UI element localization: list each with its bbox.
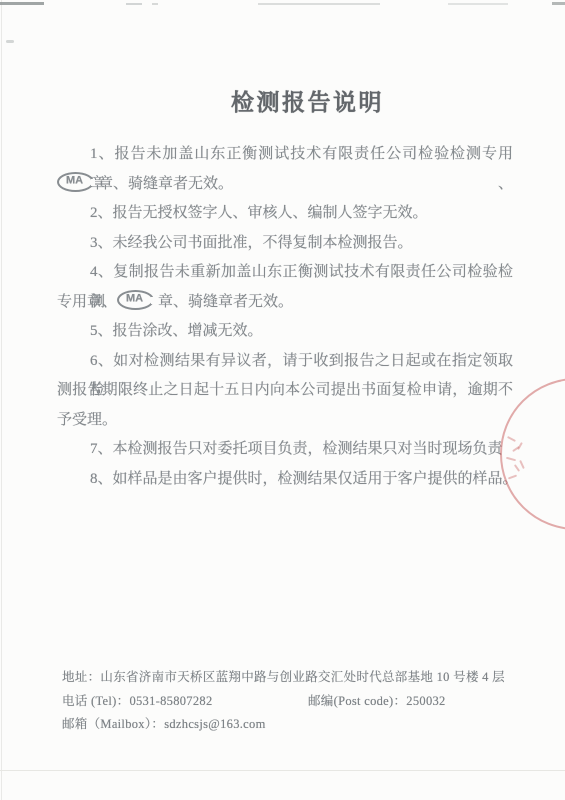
footer-tel-row: 电话 (Tel)：0531-85807282 邮编(Post code)：250… bbox=[62, 690, 512, 714]
report-lines: 1、报告未加盖山东正衡测试技术有限责任公司检验检测专用章、MA章、骑缝章者无效。… bbox=[57, 140, 513, 494]
report-line: 6、如对检测结果有异议者，请于收到报告之日起或在指定领取检 bbox=[57, 347, 513, 377]
report-line: 8、如样品是由客户提供时，检测结果仅适用于客户提供的样品。 bbox=[57, 465, 513, 495]
report-line-text: 测报告期限终止之日起十五日内向本公司提出书面复检申请，逾期不 bbox=[57, 382, 513, 398]
page-title: 检测报告说明 bbox=[231, 84, 384, 117]
footer-mailbox-label: 邮箱（Mailbox）： bbox=[62, 717, 164, 731]
report-line-text: 3、未经我公司书面批准，不得复制本检测报告。 bbox=[90, 235, 413, 251]
cma-certification-mark-icon: MA bbox=[117, 290, 154, 310]
scan-edge-left bbox=[1, 0, 2, 800]
report-line: 4、复制报告未重新加盖山东正衡测试技术有限责任公司检验检测 bbox=[57, 258, 513, 288]
cma-letters: MA bbox=[117, 284, 152, 314]
footer-mailbox-value: sdzhcsjs@163.com bbox=[164, 717, 265, 731]
footer-address: 地址：山东省济南市天桥区蓝翔中路与创业路交汇处时代总部基地 10 号楼 4 层 bbox=[62, 666, 512, 690]
footer-mailbox-row: 邮箱（Mailbox）：sdzhcsjs@163.com bbox=[62, 713, 512, 737]
report-line: 1、报告未加盖山东正衡测试技术有限责任公司检验检测专用章、 bbox=[57, 140, 513, 170]
report-line-text: 章、骑缝章者无效。 bbox=[158, 294, 293, 310]
scan-artifact-top-left bbox=[0, 2, 44, 5]
footer-postcode: 邮编(Post code)：250032 bbox=[308, 690, 446, 714]
footer-postcode-label: 邮编(Post code)： bbox=[308, 694, 406, 708]
footer-contact-block: 地址：山东省济南市天桥区蓝翔中路与创业路交汇处时代总部基地 10 号楼 4 层 … bbox=[62, 666, 512, 737]
report-line-text: 予受理。 bbox=[57, 412, 117, 428]
scan-artifact-top bbox=[448, 3, 508, 5]
cma-certification-mark-icon: MA bbox=[57, 172, 94, 192]
report-line: 测报告期限终止之日起十五日内向本公司提出书面复检申请，逾期不 bbox=[57, 376, 513, 406]
scan-artifact-top-right bbox=[552, 2, 565, 5]
cma-c-opening bbox=[151, 297, 155, 304]
cma-letters: MA bbox=[57, 166, 92, 196]
report-line: 5、报告涂改、增减无效。 bbox=[57, 317, 513, 347]
footer-tel-label: 电话 (Tel)： bbox=[62, 694, 129, 708]
scan-artifact-speck bbox=[6, 40, 14, 43]
report-line: 专用章、MA章、骑缝章者无效。 bbox=[57, 288, 513, 318]
cma-c-opening bbox=[91, 179, 95, 186]
report-line: 3、未经我公司书面批准，不得复制本检测报告。 bbox=[57, 229, 513, 259]
report-line: 2、报告无授权签字人、审核人、编制人签字无效。 bbox=[57, 199, 513, 229]
report-line-text: 7、本检测报告只对委托项目负责，检测结果只对当时现场负责 bbox=[90, 441, 503, 457]
report-line-text: 2、报告无授权签字人、审核人、编制人签字无效。 bbox=[90, 205, 428, 221]
report-line: 予受理。 bbox=[57, 406, 513, 436]
scan-artifact-top bbox=[258, 3, 380, 5]
scan-artifact-top bbox=[126, 3, 142, 5]
scan-artifact-top bbox=[152, 3, 158, 5]
report-line: 7、本检测报告只对委托项目负责，检测结果只对当时现场负责 bbox=[57, 435, 513, 465]
report-line-text: 8、如样品是由客户提供时，检测结果仅适用于客户提供的样品。 bbox=[90, 471, 518, 487]
report-line-text: 章、骑缝章者无效。 bbox=[98, 176, 233, 192]
scan-fold-line bbox=[0, 770, 565, 771]
report-line-text: 5、报告涂改、增减无效。 bbox=[90, 323, 263, 339]
report-line-text: 专用章、 bbox=[57, 294, 117, 310]
footer-tel-value: 0531-85807282 bbox=[129, 694, 212, 708]
footer-postcode-value: 250032 bbox=[406, 694, 445, 708]
